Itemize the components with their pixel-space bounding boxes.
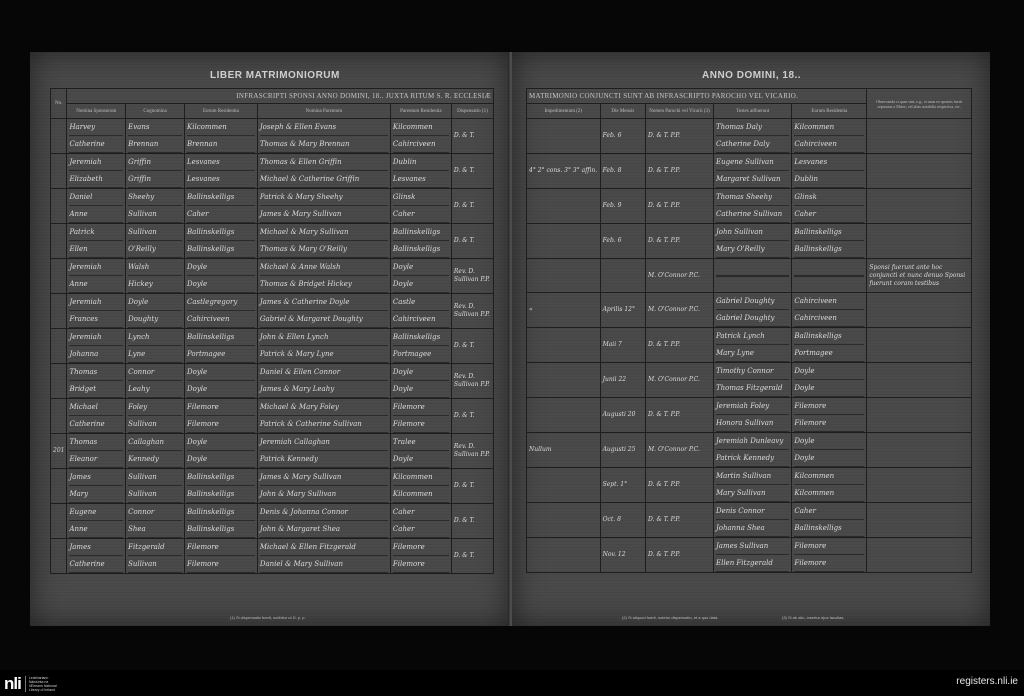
- observations: [867, 503, 972, 538]
- column-header-observations: Observanda si quae sint; e.g., si unus e…: [867, 89, 972, 119]
- table-row: JamesCatherineFitzgeraldSullivanFilemore…: [51, 539, 494, 574]
- witness-line-1: John Sullivan: [716, 224, 789, 241]
- witnesses: Martin SullivanMary Sullivan: [713, 468, 791, 503]
- parents-residence: DublinLesvanes: [390, 154, 451, 189]
- spouse-residence: LesvanesLesvanes: [185, 154, 258, 189]
- witness-line-1: Jeremiah Dunleavy: [716, 433, 789, 450]
- parents-residence-line-2: Caher: [393, 521, 449, 538]
- parents-line-1: Michael & Mary Sullivan: [260, 224, 388, 241]
- residence-line-2: Cahirciveen: [187, 311, 255, 328]
- officiating-priest: D. & T. P.P.: [646, 503, 714, 538]
- witness-residence: [792, 259, 867, 293]
- witness-residence: FilemoreFilemore: [792, 398, 867, 433]
- spouse-surname-line-2: Leahy: [128, 381, 182, 398]
- witness-line-1: James Sullivan: [716, 538, 789, 555]
- spouse-names: JeremiahAnne: [67, 259, 126, 294]
- witnesses: Thomas DalyCatherine Daly: [713, 119, 791, 154]
- parents-names: Denis & Johanna ConnorJohn & Margaret Sh…: [257, 504, 390, 539]
- witness-residence: DoyleDoyle: [792, 433, 867, 468]
- spouse-surname-line-1: Connor: [128, 504, 182, 521]
- witness-residence-line-2: Cahirciveen: [794, 310, 864, 327]
- spouse-names: MichaelCatherine: [67, 399, 126, 434]
- parents-line-1: Thomas & Ellen Griffin: [260, 154, 388, 171]
- footnote: (3) Si ab alio, insertur ejus facultas.: [782, 615, 844, 620]
- spouse-surname-line-2: Doughty: [128, 311, 182, 328]
- spouse-names: JeremiahFrances: [67, 294, 126, 329]
- entry-number: [51, 154, 67, 189]
- witness-line-1: Thomas Daly: [716, 119, 789, 136]
- table-row: Sept. 1°D. & T. P.P.Martin SullivanMary …: [527, 468, 972, 503]
- spouse-surnames: LynchLyne: [126, 329, 185, 364]
- parents-line-2: James & Mary Leahy: [260, 381, 388, 398]
- table-row: JeremiahJohannaLynchLyneBallinskelligsPo…: [51, 329, 494, 364]
- witness-residence-line-2: Filemore: [794, 415, 864, 432]
- impediment: [527, 119, 601, 154]
- impediment: [527, 224, 601, 259]
- witness-line-2: Mary O'Reilly: [716, 241, 789, 258]
- parents-residence-line-1: Glinsk: [393, 189, 449, 206]
- residence-line-1: Ballinskelligs: [187, 504, 255, 521]
- residence-line-2: Filemore: [187, 416, 255, 433]
- spouse-surname-line-1: Sullivan: [128, 469, 182, 486]
- footnote: (1) Si dispensatio fuerit, scribitur ut …: [230, 615, 306, 620]
- parents-residence: KilcommenCahirciveen: [390, 119, 451, 154]
- witness-line-2: [716, 276, 789, 277]
- column-header-priest: Nomen Parochi vel Vicarii (3): [646, 104, 714, 119]
- marriage-date: Augusti 25: [600, 433, 645, 468]
- witnesses: Jeremiah DunleavyPatrick Kennedy: [713, 433, 791, 468]
- impediment: [527, 538, 601, 573]
- spouse-surname-line-2: Sullivan: [128, 486, 182, 503]
- table-row: JeremiahElizabethGriffinGriffinLesvanesL…: [51, 154, 494, 189]
- parents-residence-line-2: Doyle: [393, 451, 449, 468]
- parents-residence: BallinskelligsBallinskelligs: [390, 224, 451, 259]
- entry-number: [51, 224, 67, 259]
- witness-line-1: Patrick Lynch: [716, 328, 789, 345]
- footnote: (2) Si aliquod fuerit, notetur dispensat…: [622, 615, 718, 620]
- parents-residence: FilemoreFilemore: [390, 399, 451, 434]
- witnesses: Thomas SheehyCatherine Sullivan: [713, 189, 791, 224]
- spouse-surname-line-1: Walsh: [128, 259, 182, 276]
- spouse-name-line-1: Jeremiah: [69, 329, 123, 346]
- spouse-name-line-2: Mary: [69, 486, 123, 503]
- dispensation: D. & T.: [451, 189, 493, 224]
- column-header-witnesses: Testes adfuerunt: [713, 104, 791, 119]
- spouse-surname-line-2: Hickey: [128, 276, 182, 293]
- spouse-name-line-1: Eugene: [69, 504, 123, 521]
- parents-line-2: Thomas & Mary O'Reilly: [260, 241, 388, 258]
- parents-line-1: Denis & Johanna Connor: [260, 504, 388, 521]
- parents-residence-line-2: Doyle: [393, 276, 449, 293]
- witness-line-2: Patrick Kennedy: [716, 450, 789, 467]
- footer-bar: nli Leabharlann Náisiúnta na hÉireann Na…: [0, 670, 1024, 696]
- spouse-surname-line-2: Sullivan: [128, 206, 182, 223]
- witness-residence: BallinskelligsPortmagee: [792, 328, 867, 363]
- marriage-date: Augusti 20: [600, 398, 645, 433]
- spouse-surname-line-2: Griffin: [128, 171, 182, 188]
- nli-logo-mark: nli: [4, 676, 21, 692]
- officiating-priest: D. & T. P.P.: [646, 328, 714, 363]
- observations: [867, 293, 972, 328]
- spouse-surname-line-1: Callaghan: [128, 434, 182, 451]
- parents-residence-line-1: Dublin: [393, 154, 449, 171]
- spouse-surname-line-1: Sheehy: [128, 189, 182, 206]
- witness-residence-line-2: Doyle: [794, 380, 864, 397]
- witness-residence: KilcommenCahirciveen: [792, 119, 867, 154]
- table-row: Feb. 9D. & T. P.P.Thomas SheehyCatherine…: [527, 189, 972, 224]
- parents-residence-line-2: Cahirciveen: [393, 311, 449, 328]
- parents-residence: KilcommenKilcommen: [390, 469, 451, 504]
- table-row: M. O'Connor P.C.Sponsi fuerunt ante hoc …: [527, 259, 972, 293]
- marriage-date: Feb. 6: [600, 224, 645, 259]
- observations: Sponsi fuerunt ante hoc conjuncti et nun…: [867, 259, 972, 293]
- entry-number: [51, 399, 67, 434]
- table-row: DanielAnneSheehySullivanBallinskelligsCa…: [51, 189, 494, 224]
- witness-residence-line-1: Kilcommen: [794, 468, 864, 485]
- spouse-name-line-2: Anne: [69, 276, 123, 293]
- table-row: Feb. 6D. & T. P.P.Thomas DalyCatherine D…: [527, 119, 972, 154]
- spouse-name-line-2: Ellen: [69, 241, 123, 258]
- residence-line-2: Caher: [187, 206, 255, 223]
- witness-residence: DoyleDoyle: [792, 363, 867, 398]
- marriage-register-table-left: No. INFRASCRIPTI SPONSI ANNO DOMINI, 18.…: [50, 88, 494, 574]
- marriage-date: Maii 7: [600, 328, 645, 363]
- observations: [867, 154, 972, 189]
- table-row: «Aprilis 12°M. O'Connor P.C.Gabriel Doug…: [527, 293, 972, 328]
- marriage-date: Junii 22: [600, 363, 645, 398]
- spouse-name-line-1: James: [69, 539, 123, 556]
- witness-residence-line-1: Lesvanes: [794, 154, 864, 171]
- marriage-date: Aprilis 12°: [600, 293, 645, 328]
- parents-residence-line-2: Filemore: [393, 416, 449, 433]
- entry-number: [51, 364, 67, 399]
- officiating-priest: M. O'Connor P.C.: [646, 293, 714, 328]
- witnesses: Eugene SullivanMargaret Sullivan: [713, 154, 791, 189]
- spouse-surnames: WalshHickey: [126, 259, 185, 294]
- witness-residence: CaherBallinskelligs: [792, 503, 867, 538]
- entry-number: [51, 539, 67, 574]
- parents-line-2: Michael & Catherine Griffin: [260, 171, 388, 188]
- spouse-name-line-2: Catherine: [69, 556, 123, 573]
- officiating-priest: D. & T. P.P.: [646, 154, 714, 189]
- spouse-name-line-1: Jeremiah: [69, 259, 123, 276]
- parents-residence: DoyleDoyle: [390, 259, 451, 294]
- parents-line-1: James & Mary Sullivan: [260, 469, 388, 486]
- parents-names: Michael & Mary SullivanThomas & Mary O'R…: [257, 224, 390, 259]
- parents-names: Michael & Mary FoleyPatrick & Catherine …: [257, 399, 390, 434]
- parents-residence: TraleeDoyle: [390, 434, 451, 469]
- table-row: PatrickEllenSullivanO'ReillyBallinskelli…: [51, 224, 494, 259]
- witnesses: [713, 259, 791, 293]
- dispensation: Rev. D. Sullivan P.P.: [451, 259, 493, 294]
- residence-line-1: Filemore: [187, 399, 255, 416]
- observations: [867, 433, 972, 468]
- officiating-priest: D. & T. P.P.: [646, 398, 714, 433]
- parents-residence-line-1: Ballinskelligs: [393, 329, 449, 346]
- parents-line-1: Michael & Anne Walsh: [260, 259, 388, 276]
- witness-line-2: Johanna Shea: [716, 520, 789, 537]
- residence-line-1: Ballinskelligs: [187, 469, 255, 486]
- parents-residence-line-1: Doyle: [393, 259, 449, 276]
- parents-line-2: Daniel & Mary Sullivan: [260, 556, 388, 573]
- residence-line-1: Kilcommen: [187, 119, 255, 136]
- register-page-left: LIBER MATRIMONIORUM No. INFRASCRIPTI SPO…: [30, 52, 510, 626]
- officiating-priest: D. & T. P.P.: [646, 119, 714, 154]
- witness-residence: KilcommenKilcommen: [792, 468, 867, 503]
- table-row: Maii 7D. & T. P.P.Patrick LynchMary Lyne…: [527, 328, 972, 363]
- spouse-name-line-2: Anne: [69, 521, 123, 538]
- residence-line-1: Doyle: [187, 434, 255, 451]
- spouse-residence: DoyleDoyle: [185, 364, 258, 399]
- observations: [867, 468, 972, 503]
- impediment: Nullum: [527, 433, 601, 468]
- residence-line-2: Doyle: [187, 451, 255, 468]
- dispensation: D. & T.: [451, 469, 493, 504]
- parents-names: Michael & Anne WalshThomas & Bridget Hic…: [257, 259, 390, 294]
- impediment: [527, 259, 601, 293]
- dispensation: D. & T.: [451, 539, 493, 574]
- spouse-names: ThomasEleanor: [67, 434, 126, 469]
- spouse-surname-line-1: Lynch: [128, 329, 182, 346]
- spouse-surname-line-1: Doyle: [128, 294, 182, 311]
- spouse-name-line-2: Eleanor: [69, 451, 123, 468]
- marriage-date: Nov. 12: [600, 538, 645, 573]
- marriage-date: Feb. 8: [600, 154, 645, 189]
- table-row: JamesMarySullivanSullivanBallinskelligsB…: [51, 469, 494, 504]
- parents-residence-line-2: Caher: [393, 206, 449, 223]
- table-row: EugeneAnneConnorSheaBallinskelligsBallin…: [51, 504, 494, 539]
- residence-line-2: Filemore: [187, 556, 255, 573]
- spouse-names: HarveyCatherine: [67, 119, 126, 154]
- spouse-surnames: GriffinGriffin: [126, 154, 185, 189]
- residence-line-2: Doyle: [187, 381, 255, 398]
- parents-line-2: John & Mary Sullivan: [260, 486, 388, 503]
- spouse-names: JamesCatherine: [67, 539, 126, 574]
- spouse-name-line-2: Johanna: [69, 346, 123, 363]
- witnesses: John SullivanMary O'Reilly: [713, 224, 791, 259]
- table-row: JeremiahAnneWalshHickeyDoyleDoyleMichael…: [51, 259, 494, 294]
- spouse-residence: CastlegregoryCahirciveen: [185, 294, 258, 329]
- column-header-names: Nomina Sponsorum: [67, 104, 126, 119]
- table-row: 201ThomasEleanorCallaghanKennedyDoyleDoy…: [51, 434, 494, 469]
- table-row: Oct. 8D. & T. P.P.Denis ConnorJohanna Sh…: [527, 503, 972, 538]
- parents-residence-line-2: Portmagee: [393, 346, 449, 363]
- parents-residence-line-2: Lesvanes: [393, 171, 449, 188]
- spouse-name-line-2: Elizabeth: [69, 171, 123, 188]
- spouse-names: JamesMary: [67, 469, 126, 504]
- witness-residence-line-2: Doyle: [794, 450, 864, 467]
- spouse-surname-line-1: Griffin: [128, 154, 182, 171]
- witness-residence: CahirciveenCahirciveen: [792, 293, 867, 328]
- observations: [867, 119, 972, 154]
- parents-names: Jeremiah CallaghanPatrick Kennedy: [257, 434, 390, 469]
- table-row: Junii 22M. O'Connor P.C.Timothy ConnorTh…: [527, 363, 972, 398]
- observations: [867, 189, 972, 224]
- entry-number: [51, 259, 67, 294]
- impediment: [527, 503, 601, 538]
- parents-names: Joseph & Ellen EvansThomas & Mary Brenna…: [257, 119, 390, 154]
- dispensation: D. & T.: [451, 399, 493, 434]
- witness-residence: LesvanesDublin: [792, 154, 867, 189]
- entry-number: [51, 329, 67, 364]
- witness-line-2: Mary Sullivan: [716, 485, 789, 502]
- spouse-names: PatrickEllen: [67, 224, 126, 259]
- marriage-date: Feb. 6: [600, 119, 645, 154]
- spouse-surname-line-1: Foley: [128, 399, 182, 416]
- witness-line-2: Thomas Fitzgerald: [716, 380, 789, 397]
- entry-number: [51, 294, 67, 329]
- spouse-name-line-2: Bridget: [69, 381, 123, 398]
- spouse-names: EugeneAnne: [67, 504, 126, 539]
- witness-line-2: Catherine Daly: [716, 136, 789, 153]
- residence-line-2: Brennan: [187, 136, 255, 153]
- parents-residence: CaherCaher: [390, 504, 451, 539]
- witness-residence-line-2: [794, 276, 864, 277]
- parents-line-2: John & Margaret Shea: [260, 521, 388, 538]
- officiating-priest: M. O'Connor P.C.: [646, 433, 714, 468]
- witnesses: James SullivanEllen Fitzgerald: [713, 538, 791, 573]
- witness-line-1: Gabriel Doughty: [716, 293, 789, 310]
- spouse-names: ThomasBridget: [67, 364, 126, 399]
- spouse-surnames: SheehySullivan: [126, 189, 185, 224]
- marriage-register-table-right: MATRIMONIO CONJUNCTI SUNT AB INFRASCRIPT…: [526, 88, 972, 573]
- spouse-residence: FilemoreFilemore: [185, 399, 258, 434]
- spouse-surnames: ConnorLeahy: [126, 364, 185, 399]
- observations: [867, 398, 972, 433]
- marriage-date: Sept. 1°: [600, 468, 645, 503]
- table-row: Feb. 6D. & T. P.P.John SullivanMary O'Re…: [527, 224, 972, 259]
- witness-residence-line-1: Kilcommen: [794, 119, 864, 136]
- parents-residence: CastleCahirciveen: [390, 294, 451, 329]
- parents-line-2: Patrick & Catherine Sullivan: [260, 416, 388, 433]
- residence-line-1: Castlegregory: [187, 294, 255, 311]
- officiating-priest: M. O'Connor P.C.: [646, 259, 714, 293]
- spouse-surnames: SullivanO'Reilly: [126, 224, 185, 259]
- spouse-names: JeremiahJohanna: [67, 329, 126, 364]
- witness-residence-line-2: Kilcommen: [794, 485, 864, 502]
- column-header-parents-residence: Parentum Residentia: [390, 104, 451, 119]
- table-row: 4° 2° cons. 3° 3° affin.Feb. 8D. & T. P.…: [527, 154, 972, 189]
- parents-residence-line-1: Filemore: [393, 539, 449, 556]
- residence-line-2: Ballinskelligs: [187, 241, 255, 258]
- table-row: JeremiahFrancesDoyleDoughtyCastlegregory…: [51, 294, 494, 329]
- parents-line-2: Patrick Kennedy: [260, 451, 388, 468]
- parents-line-1: Joseph & Ellen Evans: [260, 119, 388, 136]
- spouse-surnames: DoyleDoughty: [126, 294, 185, 329]
- witness-residence-line-1: Cahirciveen: [794, 293, 864, 310]
- column-header-surnames: Cognomina: [126, 104, 185, 119]
- entry-number: [51, 189, 67, 224]
- witness-line-1: Martin Sullivan: [716, 468, 789, 485]
- parents-residence-line-1: Doyle: [393, 364, 449, 381]
- dispensation: D. & T.: [451, 504, 493, 539]
- parents-line-2: Thomas & Mary Brennan: [260, 136, 388, 153]
- column-header-date: Die Mensis: [600, 104, 645, 119]
- parents-residence-line-1: Tralee: [393, 434, 449, 451]
- residence-line-2: Portmagee: [187, 346, 255, 363]
- spouse-name-line-1: Patrick: [69, 224, 123, 241]
- parents-line-1: Daniel & Ellen Connor: [260, 364, 388, 381]
- spouse-surname-line-2: Brennan: [128, 136, 182, 153]
- parents-residence-line-2: Kilcommen: [393, 486, 449, 503]
- parents-residence-line-1: Kilcommen: [393, 119, 449, 136]
- observations: [867, 363, 972, 398]
- parents-line-1: Michael & Ellen Fitzgerald: [260, 539, 388, 556]
- witness-residence-line-1: Ballinskelligs: [794, 224, 864, 241]
- spouse-surname-line-2: O'Reilly: [128, 241, 182, 258]
- witness-residence-line-1: Filemore: [794, 398, 864, 415]
- spouse-name-line-1: Harvey: [69, 119, 123, 136]
- witness-residence-line-1: Ballinskelligs: [794, 328, 864, 345]
- table-row: HarveyCatherineEvansBrennanKilcommenBren…: [51, 119, 494, 154]
- parents-line-2: Gabriel & Margaret Doughty: [260, 311, 388, 328]
- witness-residence-line-2: Cahirciveen: [794, 136, 864, 153]
- dispensation: Rev. D. Sullivan P.P.: [451, 364, 493, 399]
- observations: [867, 328, 972, 363]
- parents-line-1: Jeremiah Callaghan: [260, 434, 388, 451]
- parents-line-2: Thomas & Bridget Hickey: [260, 276, 388, 293]
- residence-line-2: Ballinskelligs: [187, 521, 255, 538]
- parents-names: John & Ellen LynchPatrick & Mary Lyne: [257, 329, 390, 364]
- witness-line-2: Margaret Sullivan: [716, 171, 789, 188]
- nli-logo[interactable]: nli Leabharlann Náisiúnta na hÉireann Na…: [4, 676, 59, 692]
- entry-number: [51, 119, 67, 154]
- witness-residence-line-2: Ballinskelligs: [794, 520, 864, 537]
- spouse-surnames: ConnorShea: [126, 504, 185, 539]
- dispensation: Rev. D. Sullivan P.P.: [451, 294, 493, 329]
- spouse-residence: BallinskelligsBallinskelligs: [185, 469, 258, 504]
- table-row: ThomasBridgetConnorLeahyDoyleDoyleDaniel…: [51, 364, 494, 399]
- parents-line-1: John & Ellen Lynch: [260, 329, 388, 346]
- parents-line-1: Patrick & Mary Sheehy: [260, 189, 388, 206]
- marriage-date: Feb. 9: [600, 189, 645, 224]
- residence-line-1: Filemore: [187, 539, 255, 556]
- residence-line-1: Doyle: [187, 364, 255, 381]
- spouse-surname-line-2: Lyne: [128, 346, 182, 363]
- parents-line-1: Michael & Mary Foley: [260, 399, 388, 416]
- dispensation: D. & T.: [451, 224, 493, 259]
- column-header-witness-residence: Eorum Residentia: [792, 104, 867, 119]
- officiating-priest: D. & T. P.P.: [646, 224, 714, 259]
- spouse-name-line-1: Michael: [69, 399, 123, 416]
- marriage-date: Oct. 8: [600, 503, 645, 538]
- spouse-names: JeremiahElizabeth: [67, 154, 126, 189]
- site-link[interactable]: registers.nli.ie: [956, 676, 1018, 687]
- spouse-name-line-1: Daniel: [69, 189, 123, 206]
- spouse-surname-line-2: Sullivan: [128, 556, 182, 573]
- column-header-parents: Nomina Parentum: [257, 104, 390, 119]
- witness-residence-line-2: Dublin: [794, 171, 864, 188]
- spouse-residence: BallinskelligsBallinskelligs: [185, 504, 258, 539]
- parents-residence-line-2: Doyle: [393, 381, 449, 398]
- parents-names: James & Catherine DoyleGabriel & Margare…: [257, 294, 390, 329]
- dispensation: D. & T.: [451, 329, 493, 364]
- witness-residence-line-1: Glinsk: [794, 189, 864, 206]
- witness-line-2: Honora Sullivan: [716, 415, 789, 432]
- residence-line-1: Ballinskelligs: [187, 224, 255, 241]
- image-viewer[interactable]: LIBER MATRIMONIORUM No. INFRASCRIPTI SPO…: [0, 0, 1024, 670]
- table-row: NullumAugusti 25M. O'Connor P.C.Jeremiah…: [527, 433, 972, 468]
- marriage-date: [600, 259, 645, 293]
- officiating-priest: D. & T. P.P.: [646, 189, 714, 224]
- spouse-name-line-2: Anne: [69, 206, 123, 223]
- witness-residence-line-1: Doyle: [794, 363, 864, 380]
- parents-residence-line-1: Kilcommen: [393, 469, 449, 486]
- impediment: [527, 398, 601, 433]
- officiating-priest: D. & T. P.P.: [646, 468, 714, 503]
- witness-residence-line-2: Ballinskelligs: [794, 241, 864, 258]
- parents-residence: GlinskCaher: [390, 189, 451, 224]
